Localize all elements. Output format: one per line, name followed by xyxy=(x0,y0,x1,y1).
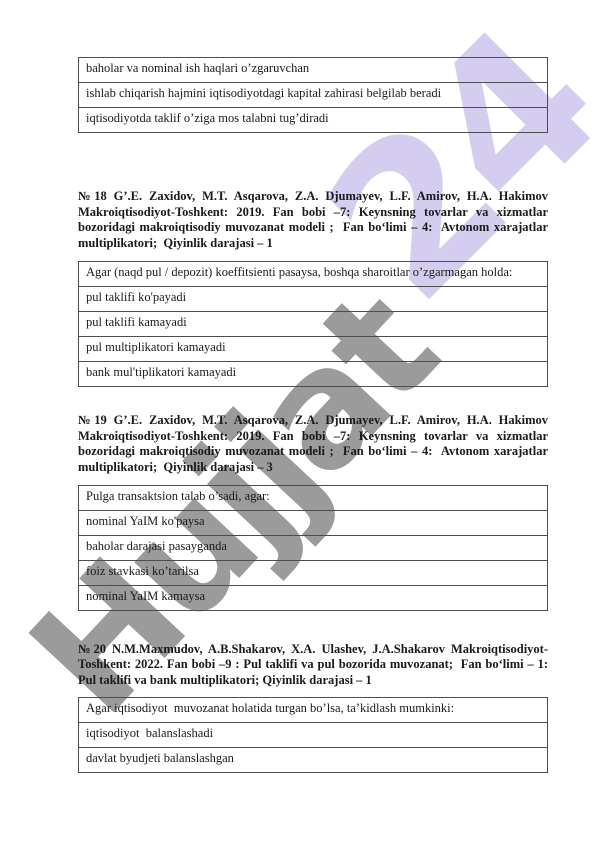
question-stem-row: Agar iqtisodiyot muvozanat holatida turg… xyxy=(79,698,547,723)
question-stem-row: Agar (naqd pul / depozit) koeffitsienti … xyxy=(79,262,547,287)
question-table-18: Agar (naqd pul / depozit) koeffitsienti … xyxy=(78,261,548,387)
answer-option-row: foiz stavkasi ko’tarilsa xyxy=(79,561,547,586)
answer-option-row: davlat byudjeti balanslashgan xyxy=(79,748,547,772)
question-stem-row: Pulga transaktsion talab o’sadi, agar: xyxy=(79,486,547,511)
question-table-20: Agar iqtisodiyot muvozanat holatida turg… xyxy=(78,697,548,773)
answer-option-row: baholar va nominal ish haqlari o’zgaruvc… xyxy=(79,58,547,83)
answer-option-row: iqtisodiyot balanslashadi xyxy=(79,723,547,748)
answer-option-row: pul taklifi ko'payadi xyxy=(79,287,547,312)
question-heading-20: №20 N.M.Maxmudov, A.B.Shakarov, X.A. Ula… xyxy=(78,642,548,689)
answer-option-row: ishlab chiqarish hajmini iqtisodiyotdagi… xyxy=(79,83,547,108)
question-heading-19: №19 G’.E. Zaxidov, M.T. Asqarova, Z.A. D… xyxy=(78,413,548,476)
question-heading-18: №18 G’.E. Zaxidov, M.T. Asqarova, Z.A. D… xyxy=(78,189,548,252)
answers-table-top: baholar va nominal ish haqlari o’zgaruvc… xyxy=(78,57,548,133)
answer-option-row: nominal YaIM kamaysa xyxy=(79,586,547,610)
answer-option-row: baholar darajasi pasayganda xyxy=(79,536,547,561)
document-content: baholar va nominal ish haqlari o’zgaruvc… xyxy=(78,57,548,773)
answer-option-row: nominal YaIM ko'paysa xyxy=(79,511,547,536)
question-table-19: Pulga transaktsion talab o’sadi, agar: n… xyxy=(78,485,548,611)
answer-option-row: bank mul'tiplikatori kamayadi xyxy=(79,362,547,386)
answer-option-row: pul multiplikatori kamayadi xyxy=(79,337,547,362)
answer-option-row: pul taklifi kamayadi xyxy=(79,312,547,337)
document-page: Hujjat 24 baholar va nominal ish haqlari… xyxy=(0,0,596,842)
answer-option-row: iqtisodiyotda taklif o’ziga mos talabni … xyxy=(79,108,547,132)
